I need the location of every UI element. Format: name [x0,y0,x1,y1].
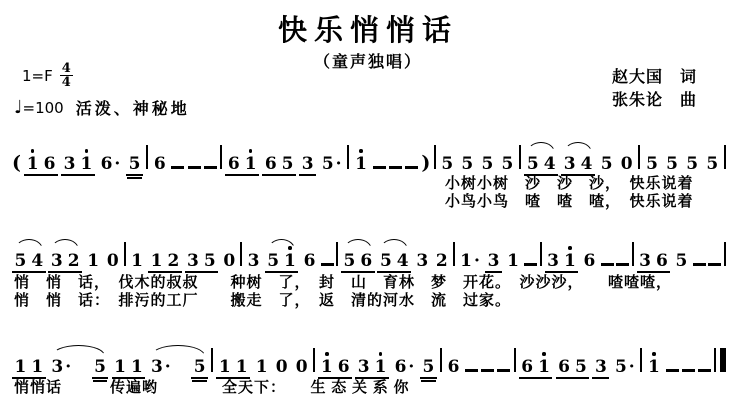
note: 3 [48,251,65,273]
note: 5 [12,251,29,273]
beam-group: 65 [556,357,590,379]
duration-dash [465,369,478,372]
rest-note: 0 [221,251,238,271]
lyrics-row: 悄悄话 传遍哟 全天下： 生 态 关 系 你 [14,376,410,397]
barline [146,145,148,169]
composer-credit: 张朱论 曲 [612,89,697,112]
note: 3 [485,251,502,273]
barline [540,242,542,266]
barline [640,348,642,372]
phrase-parenthesis: ) [421,152,430,174]
note: 3 [245,251,262,271]
note: 5 [279,154,296,176]
augmentation-dot: · [336,154,342,174]
note: 6 [301,251,318,271]
duration-dash [188,166,201,169]
beam-group: 31 [545,251,579,273]
duration-dash [405,166,418,169]
note: 3 [414,251,431,271]
note: 2 [65,251,82,273]
key-label: 1=F [22,67,53,85]
duration-dash [601,263,614,266]
note: 5 [479,154,496,174]
slur-group: 54 [12,251,46,273]
notation-line: 54321011235035165654321·31316365 [12,228,726,273]
note: 5 [704,154,721,174]
song-title: 快乐悄悄话 [0,8,736,49]
augmentation-dot: · [408,357,414,377]
quarter-note-icon: ♩ [14,97,23,118]
rest-note: 0 [273,357,290,377]
note: 5· [612,357,637,377]
note: 6 [151,154,168,174]
rest-note: 0 [618,154,635,174]
beam-group: 31 [61,154,95,176]
tempo-mark: ♩ =100 活泼、神秘地 [14,96,190,119]
barline [632,242,634,266]
note: 1 [129,251,146,271]
barline [453,242,455,266]
note: 5 [598,154,615,174]
note: 6 [445,357,462,377]
sheet-music-page: 快乐悄悄话 （童声独唱） 1=F 4 4 ♩ =100 活泼、神秘地 赵大国 词… [0,0,736,417]
slur-group: 56 [341,251,375,273]
note: 5 [439,154,456,174]
note: 6 [519,357,536,379]
beam-group: 12 [148,251,182,273]
note: 4 [29,251,46,273]
beam-group: 61 [519,357,553,379]
note: 6 [556,357,573,379]
phrase-parenthesis: ( [12,152,21,174]
barline [220,145,222,169]
note: 4 [394,251,411,273]
barline [336,242,338,266]
duration-dash [616,263,629,266]
music-system: (16316·56616535·1)55555434505555 [12,131,726,176]
beam-group: 65 [262,154,296,176]
duration-dash [204,166,217,169]
note: 2 [165,251,182,273]
note: 1 [561,251,578,273]
note: 5 [684,154,701,174]
note: 3 [592,357,609,379]
augmentation-dot: · [474,251,480,271]
note: 5 [265,251,282,273]
note: 5 [341,251,358,273]
barline [211,348,213,372]
barline [434,145,436,169]
note: 5 [126,154,143,176]
note: 5· [319,154,344,174]
note: 3 [299,154,316,176]
music-system: 113·5113·51110016316·56616535·1 [12,334,726,379]
barline [124,242,126,266]
slur-group: 32 [48,251,82,273]
note: 6 [358,251,375,273]
beam-group: 35 [185,251,219,273]
barline [638,145,640,169]
barline [240,242,242,266]
note: 5 [499,154,516,174]
note: 3· [148,357,173,377]
note: 5 [673,251,690,271]
slur-group: 54 [377,251,411,273]
duration-dash [698,369,711,372]
note: 1 [24,154,41,176]
notation-line: (16316·56616535·1)55555434505555 [12,131,726,176]
beam-group: 36 [637,251,671,273]
note: 3 [637,251,654,273]
note: 6 [262,154,279,176]
note: 1 [148,251,165,273]
note: 1 [282,251,299,273]
slur-group: 51 [265,251,299,273]
barline [724,242,726,266]
barline [519,145,521,169]
duration-dash [389,166,402,169]
key-signature: 1=F 4 4 [22,62,73,89]
note: 1 [353,154,370,174]
augmentation-dot: · [165,357,171,377]
spacer [74,371,92,372]
note: 1 [78,154,95,176]
note: 1 [85,251,102,271]
time-signature-denominator: 4 [60,76,73,89]
rest-note: 0 [104,251,121,271]
note: 5 [420,357,437,379]
tempo-expression: 活泼、神秘地 [76,96,190,119]
notation-line: 113·5113·51110016316·56616535·1 [12,334,726,379]
note: 1 [505,251,522,271]
barline [724,145,726,169]
note: 3 [61,154,78,176]
note: 6 [225,154,242,176]
duration-dash [682,369,695,372]
note: 1 [242,154,259,176]
augmentation-dot: · [65,357,71,377]
credits: 赵大国 词 张朱论 曲 [612,66,697,112]
barline [313,348,315,372]
note: 1 [253,357,270,377]
note: 6· [392,357,417,377]
duration-dash [708,263,721,266]
barline [514,348,516,372]
note: 2 [433,251,450,271]
note: 6 [41,154,58,176]
duration-dash [666,369,679,372]
tempo-value: =100 [23,99,64,117]
duration-dash [373,166,386,169]
barline [440,348,442,372]
note: 5 [377,251,394,273]
duration-dash [524,263,537,266]
lyrics-row: 悄 悄 话： 排污的工厂 搬走 了， 返 清的河水 流 过家。 [14,289,511,310]
note: 5 [201,251,218,273]
note: 1 [646,357,663,377]
note: 5 [572,357,589,379]
note: 1 [536,357,553,379]
augmentation-dot: · [629,357,635,377]
rest-note: 0 [293,357,310,377]
barline [347,145,349,169]
spacer [173,371,191,372]
note: 1· [458,251,483,271]
duration-dash [693,263,706,266]
final-barline [714,348,726,372]
time-signature-numerator: 4 [60,62,73,76]
note: 6 [653,251,670,273]
beam-group: 16 [24,154,58,176]
duration-dash [497,369,510,372]
note: 3 [185,251,202,273]
lyricist-credit: 赵大国 词 [612,66,697,89]
lyrics-row: 小鸟小鸟 喳 喳 喳， 快乐说着 [445,190,694,211]
duration-dash [481,369,494,372]
music-system: 54321011235035165654321·31316365 [12,228,726,273]
time-signature: 4 4 [60,62,73,89]
duration-dash [171,166,184,169]
beam-group: 61 [225,154,259,176]
augmentation-dot: · [114,154,120,174]
duration-dash [321,263,334,266]
note: 5 [644,154,661,174]
note: 6· [98,154,123,174]
note: 5 [459,154,476,174]
note: 3 [545,251,562,273]
note: 6 [581,251,598,271]
note: 5 [664,154,681,174]
note: 3· [49,357,74,377]
